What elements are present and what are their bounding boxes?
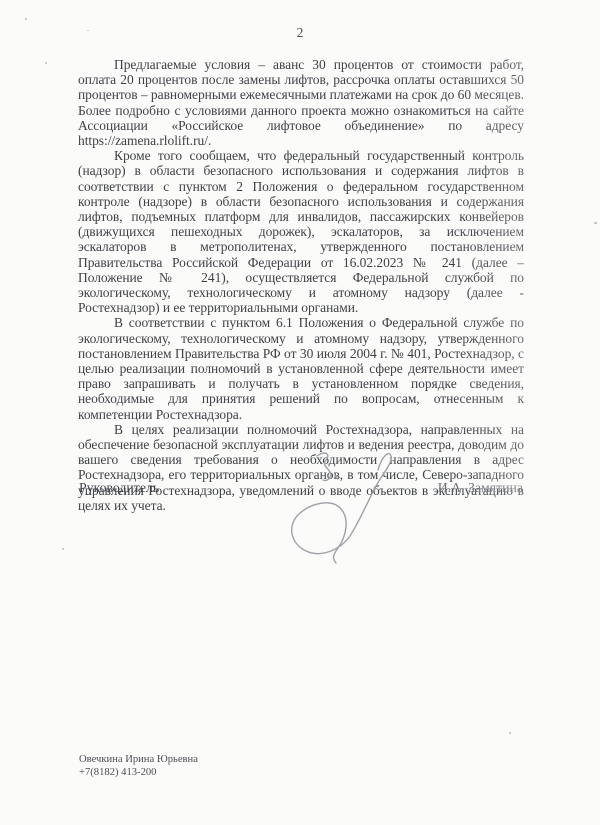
signatory-title: Руководитель (79, 480, 159, 496)
scan-speckle (45, 62, 47, 64)
handwritten-signature (283, 446, 398, 564)
contact-block: Овечкина Ирина Юрьевна +7(8182) 413-200 (79, 753, 198, 779)
letter-body: Предлагаемые условия – аванс 30 проценто… (78, 57, 524, 513)
paragraph-regulation-401: В соответствии с пунктом 6.1 Положения о… (78, 315, 524, 421)
paragraph-federal-control: Кроме того сообщаем, что федеральный гос… (78, 148, 524, 315)
scan-speckle (509, 732, 511, 734)
paragraph-payment-terms: Предлагаемые условия – аванс 30 проценто… (78, 57, 524, 148)
scan-speckle (594, 222, 597, 224)
signatory-name: И.А. Замятина (438, 480, 523, 496)
page-number: 2 (0, 25, 600, 41)
contact-name: Овечкина Ирина Юрьевна (79, 753, 198, 766)
scan-speckle (62, 548, 64, 550)
scanned-letter-page: 2 Предлагаемые условия – аванс 30 процен… (0, 0, 600, 825)
contact-phone: +7(8182) 413-200 (79, 766, 198, 779)
scan-speckle (25, 18, 27, 20)
